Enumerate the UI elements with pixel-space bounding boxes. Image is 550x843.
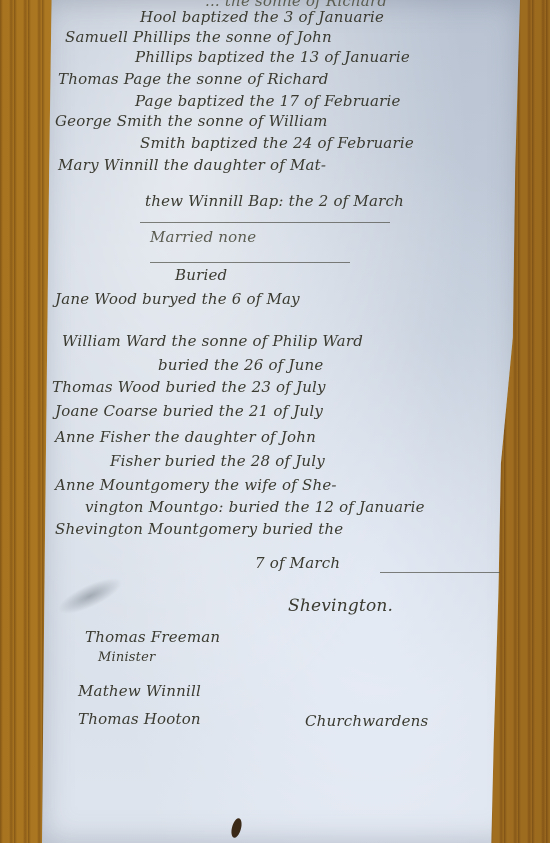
burial-3: Thomas Wood buried the 23 of July <box>52 378 326 396</box>
baptism-1-line2: Hool baptized the 3 of Januarie <box>140 8 384 26</box>
baptism-5-line2: thew Winnill Bap: the 2 of March <box>145 192 404 210</box>
baptism-4-line2: Smith baptized the 24 of Februarie <box>140 134 414 152</box>
burial-2-line2: buried the 26 of June <box>158 356 323 374</box>
baptism-3-line1: Thomas Page the sonne of Richard <box>58 70 329 88</box>
baptism-2-line2: Phillips baptized the 13 of Januarie <box>135 48 410 66</box>
burial-2-line1: William Ward the sonne of Philip Ward <box>62 332 363 350</box>
section-divider <box>380 572 500 573</box>
burial-5-line2: Fisher buried the 28 of July <box>110 452 325 470</box>
warden-2-name: Thomas Hooton <box>78 710 201 728</box>
married-heading: Married none <box>150 228 256 246</box>
minister-name: Thomas Freeman <box>85 628 220 646</box>
warden-1-name: Mathew Winnill <box>78 682 201 700</box>
minister-title: Minister <box>98 650 155 665</box>
burial-7-line2: 7 of March <box>255 554 340 572</box>
baptism-5-line1: Mary Winnill the daughter of Mat- <box>58 156 326 174</box>
section-divider <box>150 262 350 263</box>
burial-4: Joane Coarse buried the 21 of July <box>55 402 323 420</box>
burial-1: Jane Wood buryed the 6 of May <box>55 290 300 308</box>
section-divider <box>140 222 390 223</box>
burial-5-line1: Anne Fisher the daughter of John <box>55 428 316 446</box>
burial-7-line1: Shevington Mountgomery buried the <box>55 520 343 538</box>
baptism-4-line1: George Smith the sonne of William <box>55 112 328 130</box>
signoff-place: Shevington. <box>288 596 393 616</box>
burial-6-line2: vington Mountgo: buried the 12 of Januar… <box>85 498 425 516</box>
wardens-title: Churchwardens <box>305 712 428 730</box>
baptism-2-line1: Samuell Phillips the sonne of John <box>65 28 332 46</box>
burial-6-line1: Anne Mountgomery the wife of She- <box>55 476 337 494</box>
baptism-3-line2: Page baptized the 17 of Februarie <box>135 92 401 110</box>
buried-heading: Buried <box>175 266 227 284</box>
